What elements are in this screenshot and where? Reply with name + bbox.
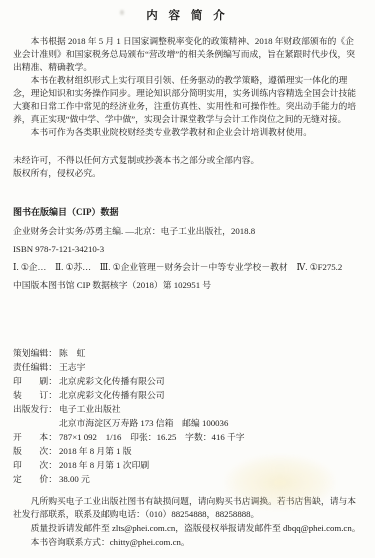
- pub-value: 北京虎彩文化传播有限公司: [59, 390, 165, 400]
- pub-row-printer: 印 刷：北京虎彩文化传播有限公司: [13, 374, 362, 388]
- pub-value: 38.00 元: [59, 474, 90, 484]
- copyright-notice-section: 未经许可，不得以任何方式复制或抄袭本书之部分或全部内容。 版权所有，侵权必究。: [13, 154, 362, 180]
- pub-label: 装 订：: [13, 388, 59, 402]
- pub-row-impression: 印 次：2018 年 8 月第 1 次印刷: [13, 458, 362, 472]
- pub-row-binder: 装 订：北京虎彩文化传播有限公司: [13, 388, 362, 402]
- pub-label: 出版发行：: [13, 402, 59, 416]
- copyright-notice-line-1: 未经许可，不得以任何方式复制或抄袭本书之部分或全部内容。: [13, 154, 362, 167]
- pub-label: 印 次：: [13, 458, 59, 472]
- pub-value: 陈 虹: [59, 348, 85, 358]
- intro-paragraph-1: 本书根据 2018 年 5 月 1 日国家调整税率变化的政策精神、2018 年财…: [13, 35, 362, 74]
- cip-line-isbn: ISBN 978-7-121-34210-3: [13, 243, 362, 256]
- publication-info-section: 策划编辑：陈 虹 责任编辑：王志宇 印 刷：北京虎彩文化传播有限公司 装 订：北…: [13, 346, 362, 486]
- pub-value: 王志宇: [59, 362, 85, 372]
- pub-label: 策划编辑：: [13, 346, 59, 360]
- pub-label: 印 刷：: [13, 374, 59, 388]
- pub-value: 2018 年 8 月第 1 次印刷: [59, 460, 149, 470]
- pub-row-publisher-address: 北京市海淀区万寿路 173 信箱 邮编 100036: [13, 416, 362, 430]
- pub-row-publisher: 出版发行：电子工业出版社: [13, 402, 362, 416]
- content-summary-section: 本书根据 2018 年 5 月 1 日国家调整税率变化的政策精神、2018 年财…: [13, 35, 362, 139]
- pub-value: 电子工业出版社: [59, 404, 121, 414]
- cip-line-classification: Ⅰ. ①企… Ⅱ. ①苏… Ⅲ. ①企业管理－财务会计－中等专业学校－教材 Ⅳ.…: [13, 261, 362, 274]
- pub-label: 定 价：: [13, 472, 59, 486]
- pub-row-price: 定 价：38.00 元: [13, 472, 362, 486]
- pub-label: 开 本：: [13, 430, 59, 444]
- footer-exchange-notice: 凡所购买电子工业出版社图书有缺损问题，请向购买书店调换。若书店售缺，请与本社发行…: [13, 495, 362, 521]
- pub-value: 787×1 092 1/16 印张：16.25 字数：416 千字: [59, 432, 245, 442]
- service-notes-section: 凡所购买电子工业出版社图书有缺损问题，请向购买书店调换。若书店售缺，请与本社发行…: [13, 495, 362, 549]
- cip-line-record-number: 中国版本图书馆 CIP 数据核字（2018）第 102951 号: [13, 279, 362, 292]
- pub-row-responsible-editor: 责任编辑：王志宇: [13, 360, 362, 374]
- copyright-notice-line-2: 版权所有，侵权必究。: [13, 167, 362, 180]
- pub-row-edition: 版 次：2018 年 8 月第 1 版: [13, 444, 362, 458]
- pub-value: 北京虎彩文化传播有限公司: [59, 376, 165, 386]
- pub-value: 2018 年 8 月第 1 版: [59, 446, 132, 456]
- page-title: 内 容 简 介: [13, 10, 362, 23]
- intro-paragraph-3: 本书可作为各类职业院校财经类专业教学教材和企业会计培训教材使用。: [13, 126, 362, 139]
- footer-complaint-emails: 质量投诉请发邮件至 zlts@phei.com.cn，盗版侵权举报请发邮件至 d…: [13, 522, 362, 535]
- pub-row-format: 开 本：787×1 092 1/16 印张：16.25 字数：416 千字: [13, 430, 362, 444]
- intro-paragraph-2: 本书在教材组织形式上实行项目引领、任务驱动的教学策略，遵循理实一体化的理念，理论…: [13, 74, 362, 126]
- book-copyright-page: 内 容 简 介 本书根据 2018 年 5 月 1 日国家调整税率变化的政策精神…: [0, 0, 375, 558]
- footer-consult-contact: 本书咨询联系方式：chitty@phei.com.cn。: [13, 536, 362, 549]
- pub-row-planning-editor: 策划编辑：陈 虹: [13, 346, 362, 360]
- cip-heading: 图书在版编目（CIP）数据: [13, 206, 362, 219]
- pub-label: 责任编辑：: [13, 360, 59, 374]
- cip-data-section: 图书在版编目（CIP）数据 企业财务会计实务/苏勇主编. —北京：电子工业出版社…: [13, 206, 362, 292]
- cip-line-title: 企业财务会计实务/苏勇主编. —北京：电子工业出版社，2018.8: [13, 225, 362, 238]
- pub-label: 版 次：: [13, 444, 59, 458]
- pub-value: 北京市海淀区万寿路 173 信箱 邮编 100036: [59, 418, 228, 428]
